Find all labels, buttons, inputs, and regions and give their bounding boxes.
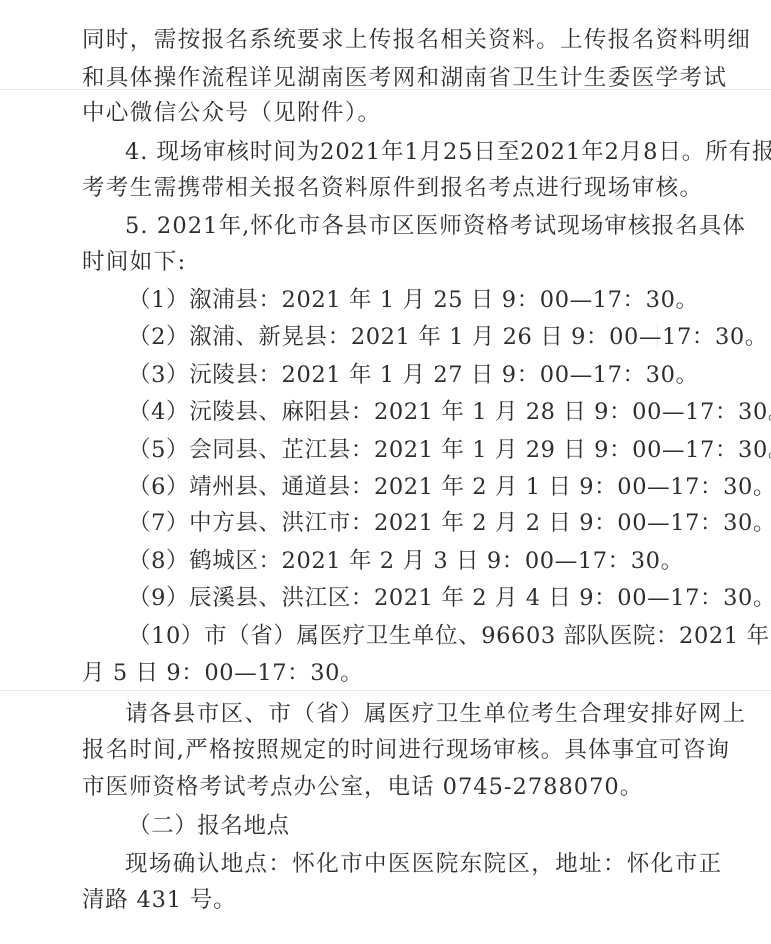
schedule-area: 会同县、芷江县 — [189, 437, 351, 463]
paragraph-line: 中心微信公众号（见附件）。 — [82, 98, 682, 128]
schedule-area: 靖州县、通道县 — [189, 474, 351, 500]
schedule-index: （4） — [128, 399, 189, 425]
schedule-date: 2021 年 1 月 28 日 — [374, 399, 586, 425]
schedule-area: 沅陵县、麻阳县 — [189, 399, 351, 425]
schedule-date: 2021 年 2 月 1 日 — [374, 474, 572, 500]
item-5-line: 时间如下: — [82, 247, 682, 277]
schedule-item: （2）溆浦、新晃县：2021 年 1 月 26 日 9：00—17：30。 — [128, 322, 728, 352]
schedule-date: 2021 年 2 月 3 日 — [282, 548, 480, 574]
schedule-time: 9：00—17：30。 — [579, 474, 771, 500]
notice-line: 请各县市区、市（省）属医疗卫生单位考生合理安排好网上 — [125, 699, 725, 729]
schedule-area: 辰溪县、洪江区 — [189, 585, 351, 611]
schedule-date: 2021 年 1 月 26 日 — [351, 324, 563, 350]
schedule-time: 9：00—17：30。 — [594, 437, 771, 463]
schedule-area: 溆浦、新晃县 — [189, 324, 328, 350]
schedule-item: （6）靖州县、通道县：2021 年 2 月 1 日 9：00—17：30。 — [128, 472, 728, 502]
schedule-area: 鹤城区 — [189, 548, 258, 574]
location-line: 现场确认地点：怀化市中医医院东院区，地址：怀化市正 — [125, 849, 725, 879]
schedule-date: 2021 年 1 月 25 日 — [282, 287, 494, 313]
schedule-index: （1） — [128, 287, 189, 313]
paragraph-line: 和具体操作流程详见湖南医考网和湖南省卫生计生委医学考试 — [82, 63, 682, 93]
schedule-item-10-line: （10）市（省）属医疗卫生单位、96603 部队医院：2021 年 2 — [128, 621, 728, 651]
schedule-index: （9） — [128, 585, 189, 611]
schedule-time: 9：00—17：30。 — [502, 362, 699, 388]
notice-line: 市医师资格考试考点办公室，电话 0745-2788070。 — [82, 772, 682, 802]
schedule-date: 2021 年 1 月 27 日 — [282, 362, 494, 388]
item-4-line: 4. 现场审核时间为2021年1月25日至2021年2月8日。所有报 — [125, 137, 725, 167]
schedule-time: 9：00—17：30。 — [487, 548, 684, 574]
schedule-item: （7）中方县、洪江市：2021 年 2 月 2 日 9：00—17：30。 — [128, 508, 728, 538]
schedule-item: （1）溆浦县：2021 年 1 月 25 日 9：00—17：30。 — [128, 285, 728, 315]
schedule-index: （6） — [128, 474, 189, 500]
schedule-index: （5） — [128, 437, 189, 463]
schedule-date: 2021 年 2 月 4 日 — [374, 585, 572, 611]
section-heading: （二）报名地点 — [128, 811, 728, 841]
schedule-index: （8） — [128, 548, 189, 574]
schedule-item: （8）鹤城区：2021 年 2 月 3 日 9：00—17：30。 — [128, 546, 728, 576]
schedule-date: 2021 年 2 月 2 日 — [374, 510, 572, 536]
schedule-area: 溆浦县 — [189, 287, 258, 313]
schedule-index: （2） — [128, 324, 189, 350]
schedule-item: （9）辰溪县、洪江区：2021 年 2 月 4 日 9：00—17：30。 — [128, 583, 728, 613]
scan-fold-line — [0, 690, 771, 691]
item-5-line: 5. 2021年,怀化市各县市区医师资格考试现场审核报名具体 — [125, 211, 725, 241]
schedule-date: 2021 年 1 月 29 日 — [374, 437, 586, 463]
document-page: 同时，需按报名系统要求上传报名相关资料。上传报名资料明细 和具体操作流程详见湖南… — [0, 0, 771, 944]
schedule-item-10-line: 月 5 日 9：00—17：30。 — [82, 658, 682, 688]
schedule-item: （3）沅陵县：2021 年 1 月 27 日 9：00—17：30。 — [128, 360, 728, 390]
schedule-time: 9：00—17：30。 — [579, 510, 771, 536]
schedule-area: 中方县、洪江市 — [189, 510, 351, 536]
schedule-area: 沅陵县 — [189, 362, 258, 388]
schedule-index: （7） — [128, 510, 189, 536]
notice-line: 报名时间,严格按照规定的时间进行现场审核。具体事宜可咨询 — [82, 735, 682, 765]
schedule-time: 9：00—17：30。 — [571, 324, 768, 350]
schedule-time: 9：00—17：30。 — [502, 287, 699, 313]
location-line: 清路 431 号。 — [82, 885, 682, 915]
schedule-item: （4）沅陵县、麻阳县：2021 年 1 月 28 日 9：00—17：30。 — [128, 397, 728, 427]
paragraph-line: 同时，需按报名系统要求上传报名相关资料。上传报名资料明细 — [82, 25, 682, 55]
item-4-line: 考考生需携带相关报名资料原件到报名考点进行现场审核。 — [82, 173, 682, 203]
schedule-time: 9：00—17：30。 — [579, 585, 771, 611]
schedule-item: （5）会同县、芷江县：2021 年 1 月 29 日 9：00—17：30。 — [128, 435, 728, 465]
schedule-index: （3） — [128, 362, 189, 388]
schedule-time: 9：00—17：30。 — [594, 399, 771, 425]
